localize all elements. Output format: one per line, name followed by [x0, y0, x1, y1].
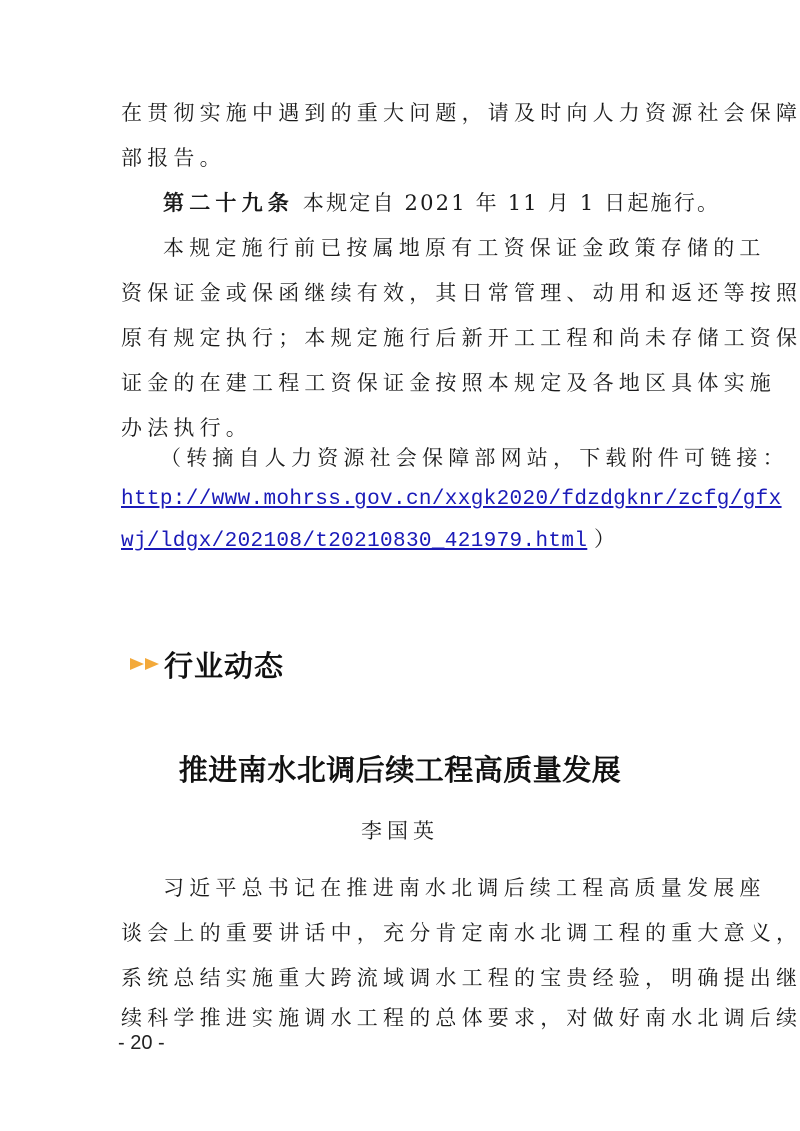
source-link-line1: http://www.mohrss.gov.cn/xxgk2020/fdzdgk…: [121, 482, 681, 515]
paragraph-line: 部报告。: [121, 143, 681, 173]
paragraph-line: 本规定施行前已按属地原有工资保证金政策存储的工: [163, 233, 723, 263]
article-body-line: 续科学推进实施调水工程的总体要求，对做好南水北调后续: [121, 1003, 681, 1033]
source-link-continued[interactable]: wj/ldgx/202108/t20210830_421979.html: [121, 530, 587, 553]
page-number: - 20 -: [118, 1032, 165, 1055]
source-link-line2: wj/ldgx/202108/t20210830_421979.html ）: [121, 524, 681, 557]
article-label: 第二十九条: [163, 190, 294, 215]
document-page: 在贯彻实施中遇到的重大问题，请及时向人力资源社会保障 部报告。 第二十九条 本规…: [0, 0, 800, 1131]
section-title: 行业动态: [164, 644, 284, 685]
article-body-line: 习近平总书记在推进南水北调后续工程高质量发展座: [163, 873, 723, 903]
paragraph-line: 原有规定执行；本规定施行后新开工工程和尚未存储工资保: [121, 323, 681, 353]
article-body-line: 谈会上的重要讲话中，充分肯定南水北调工程的重大意义，: [121, 918, 681, 948]
paragraph-line: 资保证金或保函继续有效，其日常管理、动用和返还等按照: [121, 278, 681, 308]
paragraph-line: 证金的在建工程工资保证金按照本规定及各地区具体实施: [121, 368, 681, 398]
article-29: 第二十九条 本规定自 2021 年 11 月 1 日起施行。: [163, 188, 723, 218]
source-note-suffix: ）: [587, 527, 615, 551]
source-link[interactable]: http://www.mohrss.gov.cn/xxgk2020/fdzdgk…: [121, 488, 782, 511]
paragraph-line: 在贯彻实施中遇到的重大问题，请及时向人力资源社会保障: [121, 98, 681, 128]
article-body-line: 系统总结实施重大跨流域调水工程的宝贵经验，明确提出继: [121, 963, 681, 993]
section-heading: 行业动态: [130, 642, 284, 686]
article-text: 本规定自 2021 年 11 月 1 日起施行。: [294, 191, 720, 215]
article-author: 李国英: [0, 815, 800, 845]
double-arrow-icon: [130, 658, 160, 670]
paragraph-line: 办法执行。: [121, 413, 681, 443]
article-title: 推进南水北调后续工程高质量发展: [0, 748, 800, 789]
source-note-prefix: （转摘自人力资源社会保障部网站，下载附件可链接：: [160, 443, 720, 473]
